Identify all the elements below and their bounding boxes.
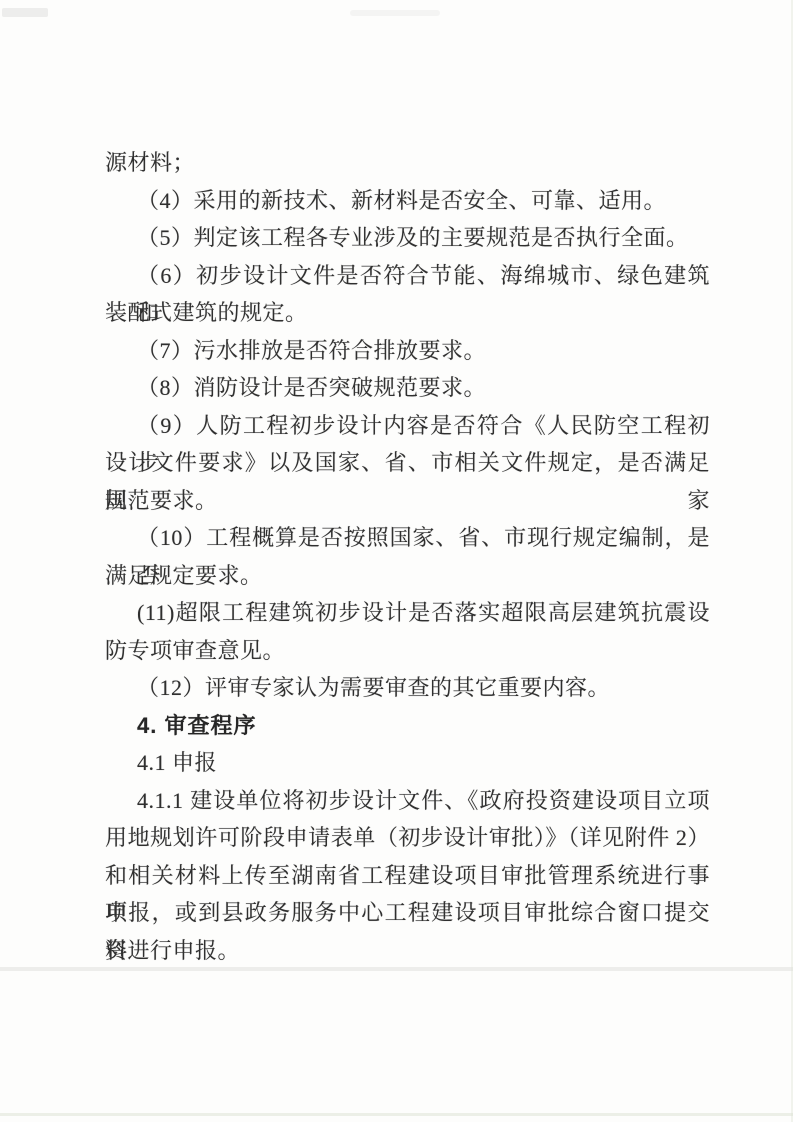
paragraph-line: 防专项审查意见。 xyxy=(105,632,710,670)
paragraph-line: 满足规定要求。 xyxy=(105,557,710,595)
paragraph-line: （7）污水排放是否符合排放要求。 xyxy=(105,332,710,370)
paragraph-line: 料进行申报。 xyxy=(105,932,710,970)
paragraph-line: （4）采用的新技术、新材料是否安全、可靠、适用。 xyxy=(105,182,710,220)
scan-bottom-edge xyxy=(0,1113,793,1116)
scan-smudge-artifact xyxy=(2,8,48,17)
scanned-document-page: 源材料； （4）采用的新技术、新材料是否安全、可靠、适用。 （5）判定该工程各专… xyxy=(0,0,793,1122)
paragraph-line: 用地规划许可阶段申请表单（初步设计审批）》（详见附件 2） xyxy=(105,819,710,857)
paragraph-line: 源材料； xyxy=(105,144,710,182)
paragraph-line: 和相关材料上传至湖南省工程建设项目审批管理系统进行事项 xyxy=(105,857,710,895)
paragraph-line: （12）评审专家认为需要审查的其它重要内容。 xyxy=(105,669,710,707)
paragraph-line: （6）初步设计文件是否符合节能、海绵城市、绿色建筑和 xyxy=(105,257,710,295)
paragraph-line: （5）判定该工程各专业涉及的主要规范是否执行全面。 xyxy=(105,219,710,257)
paragraph-line: 设计文件要求》以及国家、省、市相关文件规定，是否满足国家 xyxy=(105,444,710,482)
scan-fold-line xyxy=(0,967,793,971)
document-body: 源材料； （4）采用的新技术、新材料是否安全、可靠、适用。 （5）判定该工程各专… xyxy=(105,144,710,969)
paragraph-line: 装配式建筑的规定。 xyxy=(105,294,710,332)
section-heading-4: 4. 审查程序 xyxy=(105,707,710,745)
scan-smudge-artifact xyxy=(350,10,440,16)
paragraph-line: (11)超限工程建筑初步设计是否落实超限高层建筑抗震设 xyxy=(105,594,710,632)
section-heading-4-1: 4.1 申报 xyxy=(105,744,710,782)
paragraph-line: （10）工程概算是否按照国家、省、市现行规定编制，是否 xyxy=(105,519,710,557)
paragraph-line: 申报，或到县政务服务中心工程建设项目审批综合窗口提交资 xyxy=(105,894,710,932)
paragraph-line: （9）人防工程初步设计内容是否符合《人民防空工程初步 xyxy=(105,407,710,445)
paragraph-line: 4.1.1 建设单位将初步设计文件、《政府投资建设项目立项 xyxy=(105,782,710,820)
paragraph-line: （8）消防设计是否突破规范要求。 xyxy=(105,369,710,407)
